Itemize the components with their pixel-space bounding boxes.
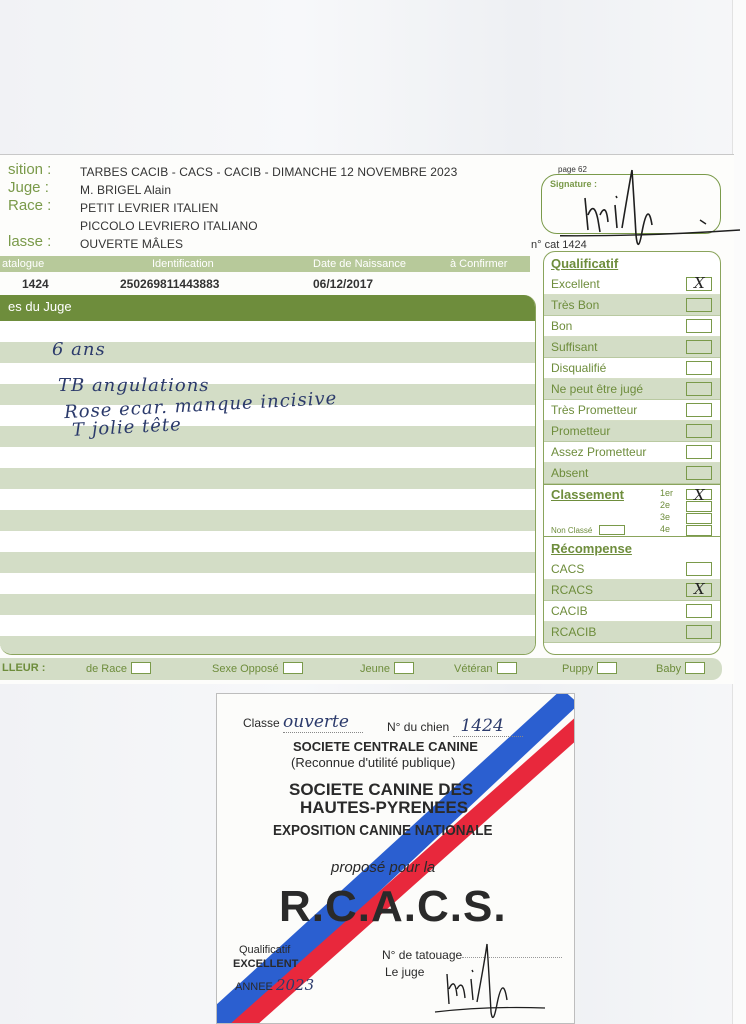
qualificatif-option: Suffisant	[544, 337, 720, 358]
qualificatif-title: Qualificatif	[544, 252, 720, 274]
footer-lead: LLEUR :	[2, 662, 45, 674]
option-label: Prometteur	[551, 424, 610, 438]
footer-option-label: Jeune	[360, 663, 390, 675]
qualificatif-checkbox[interactable]	[686, 445, 712, 459]
cell-date-naissance: 06/12/2017	[313, 277, 373, 291]
non-classe: Non Classé	[551, 523, 625, 535]
header-value: TARBES CACIB - CACS - CACIB - DIMANCHE 1…	[80, 165, 457, 179]
option-label: Disqualifié	[551, 361, 606, 375]
option-label: CACIB	[551, 604, 588, 618]
col-catalogue: atalogue	[2, 258, 44, 270]
qualificatif-option: Très Prometteur	[544, 400, 720, 421]
non-classe-checkbox[interactable]	[599, 525, 625, 535]
footer-checkbox[interactable]	[394, 662, 414, 674]
classement-title: Classement	[551, 487, 624, 502]
cell-identification: 250269811443883	[120, 277, 219, 291]
chien-value: 1424	[453, 716, 523, 737]
footer-option: Vétéran	[454, 662, 517, 675]
classement-section: Classement 1er2e3e4e Non Classé	[544, 484, 720, 537]
org-local-line2: HAUTES-PYRENEES	[300, 798, 468, 818]
rank-checkbox[interactable]	[686, 525, 712, 536]
rank-checkbox[interactable]	[686, 489, 712, 500]
header-label: Juge :	[8, 179, 49, 196]
option-label: Assez Prometteur	[551, 445, 646, 459]
chien-field: N° du chien 1424	[387, 716, 523, 737]
footer-checkbox[interactable]	[497, 662, 517, 674]
qualificatif-label: Qualificatif	[239, 944, 290, 956]
rcacs-card: Classe ouverte N° du chien 1424 SOCIETE …	[216, 693, 575, 1024]
footer-checkbox[interactable]	[283, 662, 303, 674]
classe-field: Classe ouverte	[243, 712, 363, 733]
footer-option-label: de Race	[86, 663, 127, 675]
footer-option-label: Baby	[656, 663, 681, 675]
footer-option: Puppy	[562, 662, 617, 675]
footer-option: Baby	[656, 662, 705, 675]
option-label: Très Prometteur	[551, 403, 637, 417]
paper-edge	[732, 0, 746, 1024]
qualificatif-checkbox[interactable]	[686, 466, 712, 480]
rank-checkbox[interactable]	[686, 501, 712, 512]
qualificatif-option: Très Bon	[544, 295, 720, 316]
option-label: Absent	[551, 466, 588, 480]
recompense-checkbox[interactable]	[686, 625, 712, 639]
recompense-option: RCACS	[544, 580, 720, 601]
footer-checkbox[interactable]	[597, 662, 617, 674]
header-value: OUVERTE MÂLES	[80, 237, 183, 251]
cell-catalogue: 1424	[22, 277, 49, 291]
qualificatif-checkbox[interactable]	[686, 361, 712, 375]
recompense-checkbox[interactable]	[686, 583, 712, 597]
qualificatif-option: Ne peut être jugé	[544, 379, 720, 400]
header-value: M. BRIGEL Alain	[80, 183, 171, 197]
col-date-naissance: Date de Naissance	[313, 258, 406, 270]
note-line: 6 ans	[52, 339, 106, 360]
option-label: RCACIB	[551, 625, 596, 639]
header-label: Race :	[8, 197, 51, 214]
qualificatif-panel: Qualificatif ExcellentTrès BonBonSuffisa…	[543, 251, 721, 655]
option-label: RCACS	[551, 583, 593, 597]
header-label: sition :	[8, 161, 51, 178]
qualificatif-option: Disqualifié	[544, 358, 720, 379]
juge-label: Le juge	[385, 965, 424, 979]
option-label: Très Bon	[551, 298, 599, 312]
qualificatif-checkbox[interactable]	[686, 298, 712, 312]
card-judge-signature	[427, 934, 547, 1024]
notes-lines	[0, 321, 535, 655]
recompense-checkbox[interactable]	[686, 604, 712, 618]
header-label: lasse :	[8, 233, 51, 250]
col-identification: Identification	[152, 258, 214, 270]
rank-label: 4e	[660, 524, 670, 534]
recompense-option: CACS	[544, 559, 720, 580]
footer-option: Sexe Opposé	[212, 662, 303, 675]
footer-option: de Race	[86, 662, 151, 675]
qualificatif-checkbox[interactable]	[686, 382, 712, 396]
footer-bar: LLEUR : de RaceSexe OpposéJeuneVétéranPu…	[0, 658, 722, 680]
qualificatif-checkbox[interactable]	[686, 340, 712, 354]
option-label: Ne peut être jugé	[551, 382, 643, 396]
judge-notes-panel: es du Juge 6 ans TB angulations Rose eca…	[0, 295, 536, 655]
col-a-confirmer: à Confirmer	[450, 258, 507, 270]
rank-checkbox[interactable]	[686, 513, 712, 524]
recompense-option: RCACIB	[544, 622, 720, 643]
org-local-line1: SOCIETE CANINE DES	[289, 780, 473, 800]
option-label: CACS	[551, 562, 584, 576]
rank-label: 2e	[660, 500, 670, 510]
header-value: PICCOLO LEVRIERO ITALIANO	[80, 219, 258, 233]
qualificatif-option: Bon	[544, 316, 720, 337]
classe-value: ouverte	[283, 712, 363, 733]
qualificatif-checkbox[interactable]	[686, 403, 712, 417]
header-value: PETIT LEVRIER ITALIEN	[80, 201, 218, 215]
rank-label: 3e	[660, 512, 670, 522]
judge-sheet: sition :TARBES CACIB - CACS - CACIB - DI…	[0, 154, 734, 684]
option-label: Excellent	[551, 277, 600, 291]
recompense-title: Récompense	[544, 537, 720, 559]
qualificatif-option: Assez Prometteur	[544, 442, 720, 463]
footer-checkbox[interactable]	[685, 662, 705, 674]
org-central: SOCIETE CENTRALE CANINE	[293, 739, 478, 754]
annee-field: ANNEE 2023	[235, 976, 314, 994]
option-label: Suffisant	[551, 340, 597, 354]
qualificatif-option: Prometteur	[544, 421, 720, 442]
rank-label: 1er	[660, 488, 673, 498]
qualificatif-option: Absent	[544, 463, 720, 484]
recompense-checkbox[interactable]	[686, 562, 712, 576]
footer-option-label: Sexe Opposé	[212, 663, 279, 675]
notes-title: es du Juge	[0, 295, 535, 321]
propose-text: proposé pour la	[331, 859, 435, 876]
org-central-sub: (Reconnue d'utilité publique)	[291, 755, 455, 770]
table-row: 1424 250269811443883 06/12/2017	[0, 275, 530, 293]
qualificatif-checkbox[interactable]	[686, 277, 712, 291]
option-label: Bon	[551, 319, 572, 333]
annee-value: 2023	[276, 976, 314, 994]
qualificatif-checkbox[interactable]	[686, 319, 712, 333]
award-title: R.C.A.C.S.	[279, 882, 507, 932]
recompense-option: CACIB	[544, 601, 720, 622]
footer-checkbox[interactable]	[131, 662, 151, 674]
rank-option: 4e	[652, 525, 712, 537]
footer-option-label: Vétéran	[454, 663, 493, 675]
note-line: TB angulations	[58, 375, 210, 396]
footer-option: Jeune	[360, 662, 414, 675]
qualificatif-checkbox[interactable]	[686, 424, 712, 438]
catalogue-number-label: n° cat 1424	[531, 239, 587, 251]
qualificatif-value: EXCELLENT	[233, 958, 298, 970]
footer-option-label: Puppy	[562, 663, 593, 675]
table-header: atalogue Identification Date de Naissanc…	[0, 256, 530, 272]
qualificatif-option: Excellent	[544, 274, 720, 295]
event-name: EXPOSITION CANINE NATIONALE	[273, 822, 493, 839]
